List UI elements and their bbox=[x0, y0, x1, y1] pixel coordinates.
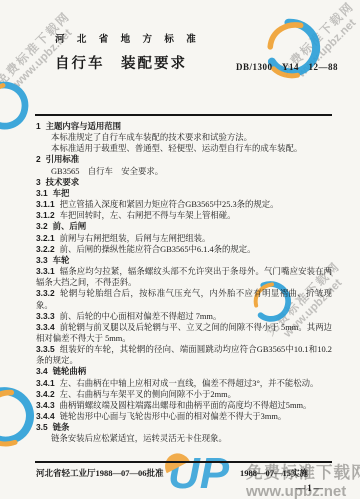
clause: 1主题内容与适用范围 bbox=[36, 121, 332, 132]
up-logo-bottom: UP bbox=[168, 452, 229, 496]
clause-number: 3.4 bbox=[36, 366, 48, 376]
clause-text: 前轮辋与前叉腿以及后轮辋与平、立叉之间的间隙不得小于 5mm。其两边相对偏差不得… bbox=[36, 323, 332, 343]
clause-text: 链条 bbox=[53, 423, 70, 432]
clause-number: 3.4.2 bbox=[36, 389, 55, 399]
approval-note: 河北省轻工业厅1988—07—06批准 bbox=[36, 467, 164, 479]
page-title: 自行车 装配要求 bbox=[55, 52, 187, 73]
clause: 3.2.1前闸与右闸把组装，后闸与左闸把组装。 bbox=[36, 233, 332, 244]
document-body: 1主题内容与适用范围本标准规定了自行车成车装配的技术要求和试验方法。本标准适用于… bbox=[36, 121, 332, 445]
clause-text: 左、右曲柄在中轴上应相对成一直线，偏差不得超过3°，并不能松动。 bbox=[60, 379, 319, 388]
clause: 3.4.3曲柄销螺纹端及圆柱端露出螺母和曲柄平面的高度均不得超过5mm。 bbox=[36, 400, 332, 411]
up-logo-icon bbox=[0, 77, 35, 136]
clause: 3.3车轮 bbox=[36, 255, 332, 266]
clause: GB3565 自行车 安全要求。 bbox=[36, 166, 332, 177]
clause-number: 3.4.3 bbox=[36, 400, 55, 410]
clause-text: 技术要求 bbox=[46, 178, 80, 187]
footer-divider bbox=[35, 461, 332, 463]
clause-number: 3.3.3 bbox=[36, 311, 55, 321]
header-divider bbox=[35, 114, 332, 116]
clause-number: 3.3.4 bbox=[36, 322, 55, 332]
up-logo-icon bbox=[254, 10, 332, 88]
clause-text: 链轮齿形中心面与飞轮齿形中心面的相对偏差不得大于3mm。 bbox=[60, 412, 287, 421]
clause-number: 3.3 bbox=[36, 255, 48, 265]
clause-text: 辐条应均匀拉紧，辐条螺纹头部不允许突出于条母外。气门嘴应安装在两辐条大挡之间，不… bbox=[36, 267, 332, 287]
watermark-site-name: 免费标准下载网 bbox=[0, 8, 73, 89]
clause-text: 引用标准 bbox=[46, 155, 80, 164]
clause: 3.3.5组装好的车轮，其轮辋的径向、端面圆跳动均应符合GB3565中10.1和… bbox=[36, 344, 332, 366]
clause-text: 本标准规定了自行车成车装配的技术要求和试验方法。 bbox=[51, 133, 252, 142]
clause: 3.2.2前、后闸的操纵性能应符合GB3565中6.1.4条的规定。 bbox=[36, 244, 332, 255]
clause: 3.1.1把立管插入深度和紧固力矩应符合GB3565中25.3条的规定。 bbox=[36, 199, 332, 210]
clause-text: 把立管插入深度和紧固力矩应符合GB3565中25.3条的规定。 bbox=[60, 200, 279, 209]
clause: 3.4链轮曲柄 bbox=[36, 366, 332, 377]
clause-number: 3.3.5 bbox=[36, 344, 55, 354]
clause: 3.2前、后闸 bbox=[36, 221, 332, 232]
clause-number: 3.1.2 bbox=[36, 210, 55, 220]
clause: 3.4.1左、右曲柄在中轴上应相对成一直线，偏差不得超过3°，并不能松动。 bbox=[36, 378, 332, 389]
clause-text: 前、后闸的操纵性能应符合GB3565中6.1.4条的规定。 bbox=[60, 245, 256, 254]
clause: 3.4.2左、右曲柄与车架平叉的侧向间隙不小于2mm。 bbox=[36, 389, 332, 400]
clause-text: 轮辋与轮胎组合后，按标准气压充气，内外胎不应有明显褶曲、折皱现象。 bbox=[36, 289, 332, 309]
clause: 3.3.2轮辋与轮胎组合后，按标准气压充气，内外胎不应有明显褶曲、折皱现象。 bbox=[36, 288, 332, 310]
clause: 本标准规定了自行车成车装配的技术要求和试验方法。 bbox=[36, 132, 332, 143]
clause-number: 3.2.2 bbox=[36, 244, 55, 254]
clause-number: 3 bbox=[36, 177, 41, 187]
clause-number: 3.5 bbox=[36, 422, 48, 432]
clause-number: 3.3.1 bbox=[36, 266, 55, 276]
clause-text: 前闸与右闸把组装，后闸与左闸把组装。 bbox=[60, 234, 211, 243]
clause-number: 1 bbox=[36, 121, 41, 131]
clause: 3技术要求 bbox=[36, 177, 332, 188]
clause: 3.1车把 bbox=[36, 188, 332, 199]
clause-text: 曲柄销螺纹端及圆柱端露出螺母和曲柄平面的高度均不得超过5mm。 bbox=[60, 401, 312, 410]
clause: 3.3.3前、后轮的中心面相对偏差不得超过 7mm。 bbox=[36, 311, 332, 322]
clause-text: 车轮 bbox=[53, 256, 70, 265]
clause-number: 3.4.1 bbox=[36, 378, 55, 388]
up-logo-letters: UP bbox=[168, 449, 229, 498]
clause: 3.3.1辐条应均匀拉紧，辐条螺纹头部不允许突出于条母外。气门嘴应安装在两辐条大… bbox=[36, 266, 332, 288]
clause-text: GB3565 自行车 安全要求。 bbox=[51, 167, 163, 176]
clause-number: 3.2.1 bbox=[36, 233, 55, 243]
clause: 2引用标准 bbox=[36, 154, 332, 165]
clause-text: 本标准适用于载重型、普通型、轻便型、运动型自行车的成车装配。 bbox=[51, 144, 302, 153]
clause: 3.4.4链轮齿形中心面与飞轮齿形中心面的相对偏差不得大于3mm。 bbox=[36, 411, 332, 422]
clause-number: 2 bbox=[36, 154, 41, 164]
clause-text: 车把 bbox=[53, 189, 70, 198]
clause-text: 主题内容与适用范围 bbox=[46, 122, 121, 131]
clause-text: 车把回转时，左、右闸把不得与车架上管相碰。 bbox=[60, 211, 236, 220]
clause: 本标准适用于载重型、普通型、轻便型、运动型自行车的成车装配。 bbox=[36, 143, 332, 154]
watermark-top-right: 免费标准下载网 www.upbz.net bbox=[276, 0, 360, 87]
clause-text: 前、后轮的中心面相对偏差不得超过 7mm。 bbox=[60, 312, 222, 321]
clause-number: 3.1.1 bbox=[36, 199, 55, 209]
implementation-note: 1988—07—15实施 bbox=[240, 467, 308, 479]
clause: 3.5链条 bbox=[36, 422, 332, 433]
scanned-standard-document-page: 免费标准下载网 www.upbz.net 免费标准下载网 www.upbz.ne… bbox=[0, 0, 360, 499]
standard-number: DB/1300 Y14 12—88 bbox=[236, 60, 338, 73]
clause-number: 3.2 bbox=[36, 221, 48, 231]
standard-type-label: 河 北 省 地 方 标 准 bbox=[55, 31, 201, 45]
watermark-bottom: 免费标准下载网 www.upbz.net bbox=[246, 459, 360, 499]
clause: 3.3.4前轮辋与前叉腿以及后轮辋与平、立叉之间的间隙不得小于 5mm。其两边相… bbox=[36, 322, 332, 344]
clause-text: 链条安装后应松紧适宜，运转灵活无卡住现象。 bbox=[51, 434, 227, 443]
clause: 3.1.2车把回转时，左、右闸把不得与车架上管相碰。 bbox=[36, 210, 332, 221]
clause-text: 前、后闸 bbox=[53, 222, 87, 231]
watermark-site-url: www.upbz.net bbox=[288, 10, 360, 88]
clause-text: 左、右曲柄与车架平叉的侧向间隙不小于2mm。 bbox=[60, 390, 236, 399]
clause-number: 3.1 bbox=[36, 188, 48, 198]
clause: 链条安装后应松紧适宜，运转灵活无卡住现象。 bbox=[36, 433, 332, 444]
clause-number: 3.4.4 bbox=[36, 411, 55, 421]
page-number: — 1 — bbox=[296, 483, 323, 493]
clause-number: 3.3.2 bbox=[36, 288, 55, 298]
clause-text: 链轮曲柄 bbox=[53, 367, 87, 376]
clause-text: 组装好的车轮，其轮辋的径向、端面圆跳动均应符合GB3565中10.1和10.2条… bbox=[36, 345, 332, 365]
